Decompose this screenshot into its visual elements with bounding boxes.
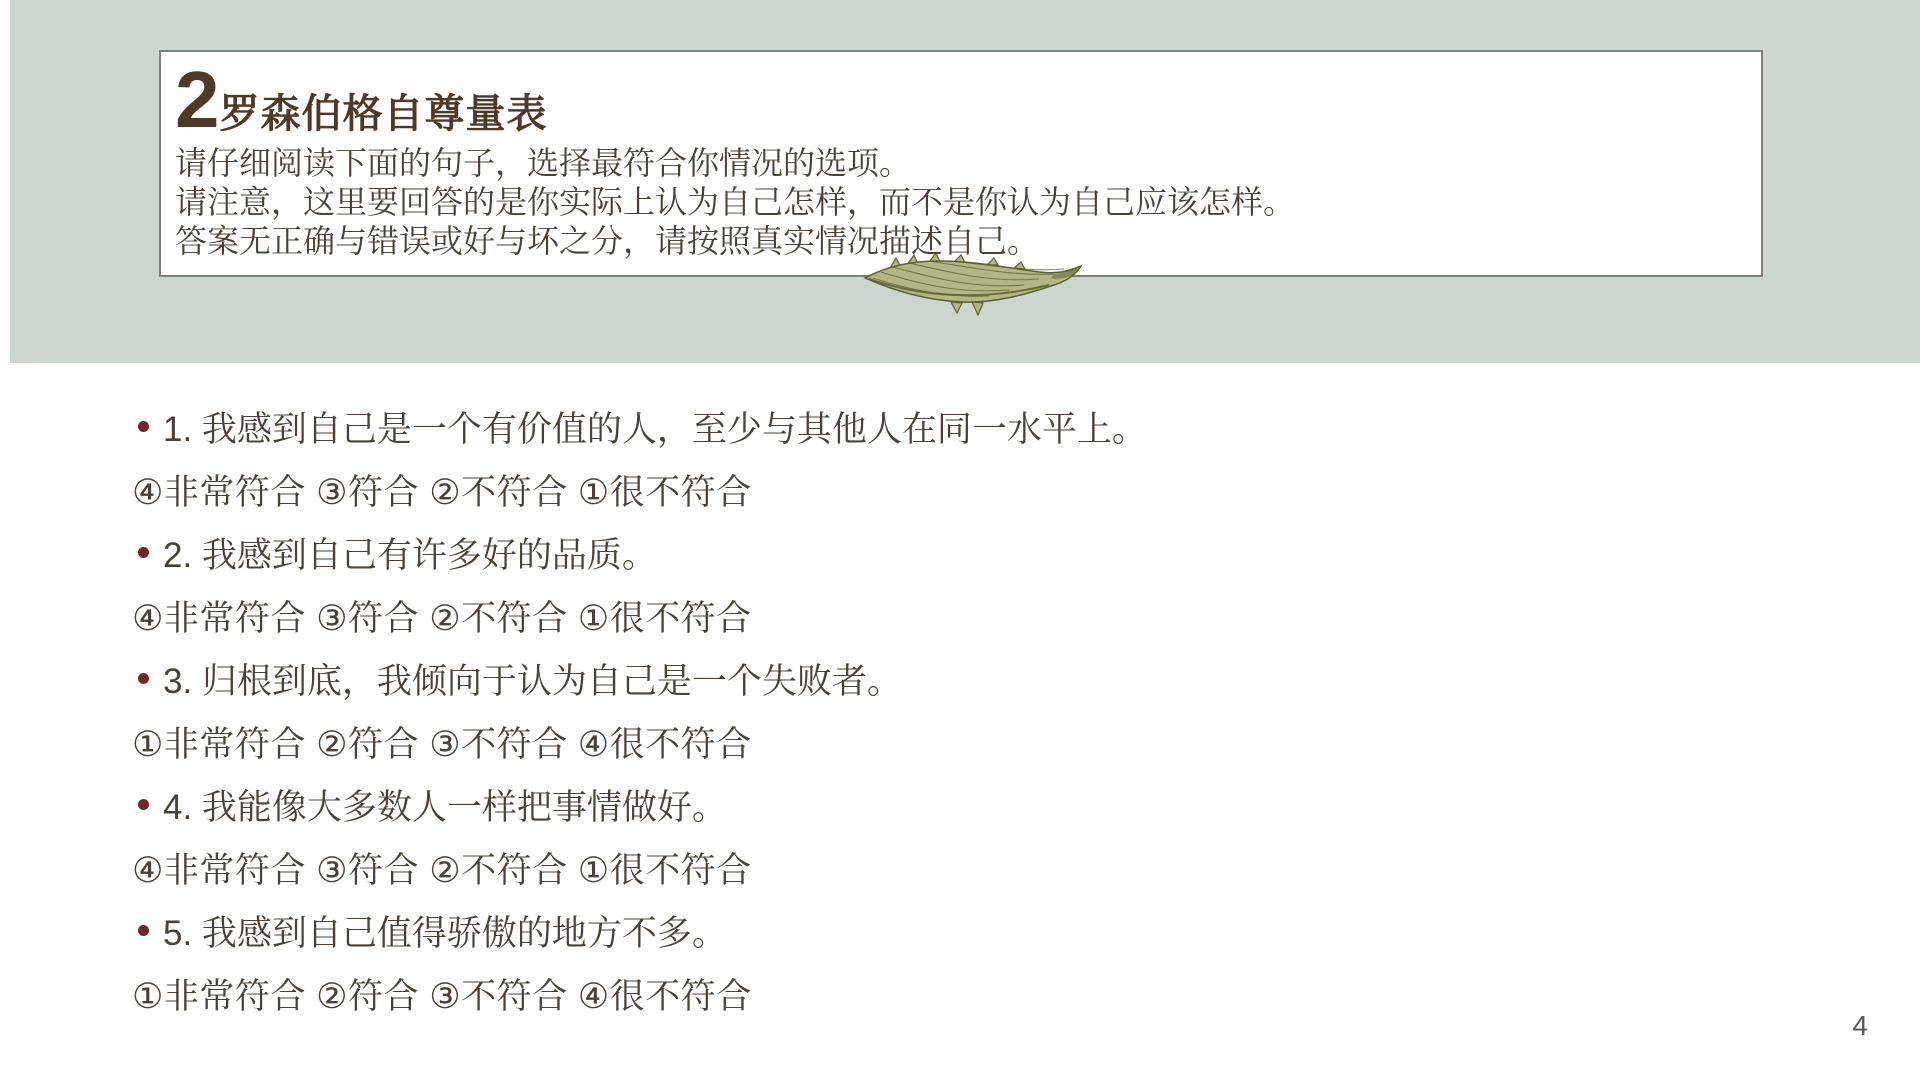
question-block: 1. 我感到自己是一个有价值的人，至少与其他人在同一水平上。 ④非常符合 ③符合… — [130, 395, 1690, 521]
question-block: 5. 我感到自己值得骄傲的地方不多。 ①非常符合 ②符合 ③不符合 ④很不符合 — [130, 899, 1690, 1025]
question-line: 2. 我感到自己有许多好的品质。 — [130, 521, 1690, 584]
title-line: 2 罗森伯格自尊量表 — [161, 52, 1761, 140]
question-list: 1. 我感到自己是一个有价值的人，至少与其他人在同一水平上。 ④非常符合 ③符合… — [130, 395, 1690, 1025]
bullet-icon — [138, 421, 149, 432]
bullet-icon — [138, 799, 149, 810]
instruction-line-1: 请仔细阅读下面的句子，选择最符合你情况的选项。 — [175, 144, 1761, 183]
title-box: 2 罗森伯格自尊量表 请仔细阅读下面的句子，选择最符合你情况的选项。 请注意，这… — [159, 50, 1763, 277]
options-line: ①非常符合 ②符合 ③不符合 ④很不符合 — [130, 962, 1690, 1025]
header-band: 2 罗森伯格自尊量表 请仔细阅读下面的句子，选择最符合你情况的选项。 请注意，这… — [10, 0, 1920, 363]
slide: 2 罗森伯格自尊量表 请仔细阅读下面的句子，选择最符合你情况的选项。 请注意，这… — [0, 0, 1920, 1080]
question-text: 3. 归根到底，我倾向于认为自己是一个失败者。 — [163, 654, 902, 704]
question-text: 5. 我感到自己值得骄傲的地方不多。 — [163, 906, 727, 956]
options-line: ④非常符合 ③符合 ②不符合 ①很不符合 — [130, 458, 1690, 521]
question-line: 5. 我感到自己值得骄傲的地方不多。 — [130, 899, 1690, 962]
slide-title: 罗森伯格自尊量表 — [220, 82, 548, 139]
options-line: ④非常符合 ③符合 ②不符合 ①很不符合 — [130, 836, 1690, 899]
bullet-icon — [138, 547, 149, 558]
options-line: ④非常符合 ③符合 ②不符合 ①很不符合 — [130, 584, 1690, 647]
question-text: 1. 我感到自己是一个有价值的人，至少与其他人在同一水平上。 — [163, 402, 1147, 452]
bullet-icon — [138, 925, 149, 936]
page-number: 4 — [1852, 1010, 1868, 1042]
instruction-line-2: 请注意，这里要回答的是你实际上认为自己怎样，而不是你认为自己应该怎样。 — [175, 183, 1761, 222]
question-block: 2. 我感到自己有许多好的品质。 ④非常符合 ③符合 ②不符合 ①很不符合 — [130, 521, 1690, 647]
bullet-icon — [138, 673, 149, 684]
feather-icon — [858, 252, 1090, 324]
options-line: ①非常符合 ②符合 ③不符合 ④很不符合 — [130, 710, 1690, 773]
section-number: 2 — [175, 60, 220, 140]
question-line: 4. 我能像大多数人一样把事情做好。 — [130, 773, 1690, 836]
question-line: 1. 我感到自己是一个有价值的人，至少与其他人在同一水平上。 — [130, 395, 1690, 458]
question-text: 4. 我能像大多数人一样把事情做好。 — [163, 780, 727, 830]
instructions: 请仔细阅读下面的句子，选择最符合你情况的选项。 请注意，这里要回答的是你实际上认… — [161, 144, 1761, 261]
question-text: 2. 我感到自己有许多好的品质。 — [163, 528, 657, 578]
question-line: 3. 归根到底，我倾向于认为自己是一个失败者。 — [130, 647, 1690, 710]
question-block: 4. 我能像大多数人一样把事情做好。 ④非常符合 ③符合 ②不符合 ①很不符合 — [130, 773, 1690, 899]
question-block: 3. 归根到底，我倾向于认为自己是一个失败者。 ①非常符合 ②符合 ③不符合 ④… — [130, 647, 1690, 773]
